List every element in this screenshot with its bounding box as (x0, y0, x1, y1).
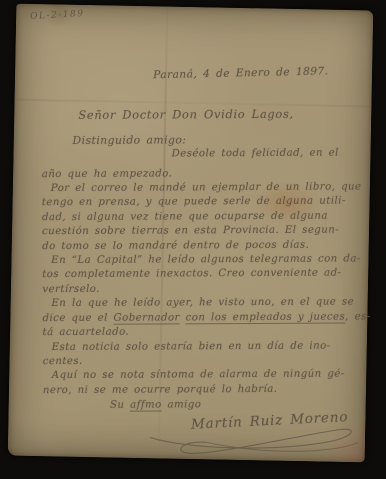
letter-body: año que ha empezado.Por el correo le man… (42, 166, 360, 398)
underlined-text: Gobernador (113, 312, 179, 324)
letter-line: tengo en prensa, y que puede serle de al… (42, 195, 359, 211)
salutation-line: Distinguido amigo: (73, 132, 359, 148)
letter-line: Por el correo le mandé un ejemplar de un… (51, 180, 359, 196)
underlined-text: affmo (130, 400, 162, 412)
letter-text: , es- (345, 311, 370, 322)
letter-line: dice que el Gobernador con los empleados… (42, 310, 359, 326)
letter-line: cuestión sobre tierras en esta Provincia… (42, 224, 359, 240)
scanned-letter-scene: OL-2-189 Paraná, 4 de Enero de 1897. Señ… (0, 0, 386, 479)
archival-code: OL-2-189 (30, 9, 85, 22)
letter-text: amigo (162, 399, 202, 410)
letter-paper: OL-2-189 Paraná, 4 de Enero de 1897. Señ… (8, 4, 374, 463)
recipient-line: Señor Doctor Don Ovidio Lagos, (78, 107, 358, 123)
dateline: Paraná, 4 de Enero de 1897. (153, 64, 358, 83)
letter-line: Esta noticia solo estaría bien en un día… (52, 339, 360, 355)
underlined-text: con los empleados y jueces (186, 311, 346, 324)
letter-text: dice que el (42, 312, 113, 323)
letter-line: En “La Capital” he leído algunos telegra… (51, 253, 359, 269)
letter-line: nero, ni se me ocurre porqué lo habría. (43, 382, 360, 398)
letter-line: tos completamente inexactos. Creo conven… (42, 267, 359, 283)
letter-line: En la que he leído ayer, he visto uno, e… (51, 296, 359, 312)
letter-line: Aquí no se nota síntoma de alarma de nin… (52, 368, 360, 384)
letter-text: Paraná, 4 de Enero de 1897. Señor Doctor… (41, 65, 360, 456)
scan-background: { "archival_code": "OL-2-189", "letter":… (0, 0, 386, 479)
letter-text: Su (110, 400, 130, 411)
opening-line: Deséole toda felicidad, en el (172, 147, 359, 162)
signature-flourish-icon (146, 424, 364, 459)
signature-block: Martín Ruiz Moreno (43, 413, 360, 457)
